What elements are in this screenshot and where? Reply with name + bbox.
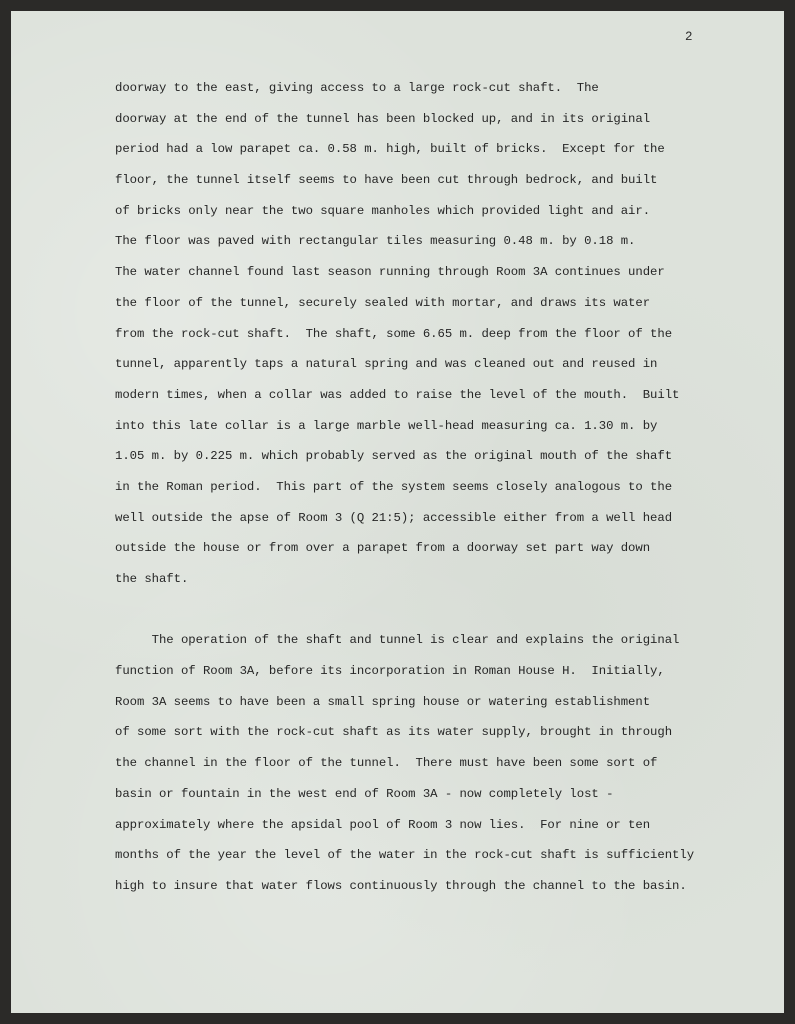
text-line: period had a low parapet ca. 0.58 m. hig… bbox=[115, 134, 755, 165]
text-line: doorway at the end of the tunnel has bee… bbox=[115, 104, 755, 135]
text-line: modern times, when a collar was added to… bbox=[115, 380, 755, 411]
text-line: into this late collar is a large marble … bbox=[115, 411, 755, 442]
text-line: months of the year the level of the wate… bbox=[115, 840, 755, 871]
text-line: the channel in the floor of the tunnel. … bbox=[115, 748, 755, 779]
text-line: of some sort with the rock-cut shaft as … bbox=[115, 717, 755, 748]
paragraph-spacer bbox=[115, 595, 755, 626]
text-line: in the Roman period. This part of the sy… bbox=[115, 472, 755, 503]
text-line: function of Room 3A, before its incorpor… bbox=[115, 656, 755, 687]
text-line: Room 3A seems to have been a small sprin… bbox=[115, 687, 755, 718]
text-line: of bricks only near the two square manho… bbox=[115, 196, 755, 227]
text-line: 1.05 m. by 0.225 m. which probably serve… bbox=[115, 441, 755, 472]
text-line: well outside the apse of Room 3 (Q 21:5)… bbox=[115, 503, 755, 534]
paragraph-2: The operation of the shaft and tunnel is… bbox=[115, 625, 755, 901]
text-line: The operation of the shaft and tunnel is… bbox=[115, 625, 755, 656]
text-line: tunnel, apparently taps a natural spring… bbox=[115, 349, 755, 380]
text-line: outside the house or from over a parapet… bbox=[115, 533, 755, 564]
text-line: basin or fountain in the west end of Roo… bbox=[115, 779, 755, 810]
text-line: from the rock-cut shaft. The shaft, some… bbox=[115, 319, 755, 350]
text-line: The water channel found last season runn… bbox=[115, 257, 755, 288]
text-line: The floor was paved with rectangular til… bbox=[115, 226, 755, 257]
text-line: high to insure that water flows continuo… bbox=[115, 871, 755, 902]
text-line: approximately where the apsidal pool of … bbox=[115, 810, 755, 841]
page-number: 2 bbox=[685, 30, 693, 44]
text-line: floor, the tunnel itself seems to have b… bbox=[115, 165, 755, 196]
paragraph-1: doorway to the east, giving access to a … bbox=[115, 73, 755, 595]
text-line: doorway to the east, giving access to a … bbox=[115, 73, 755, 104]
body-text: doorway to the east, giving access to a … bbox=[115, 73, 755, 902]
text-line: the floor of the tunnel, securely sealed… bbox=[115, 288, 755, 319]
typed-page: 2 doorway to the east, giving access to … bbox=[11, 11, 784, 1013]
text-line: the shaft. bbox=[115, 564, 755, 595]
